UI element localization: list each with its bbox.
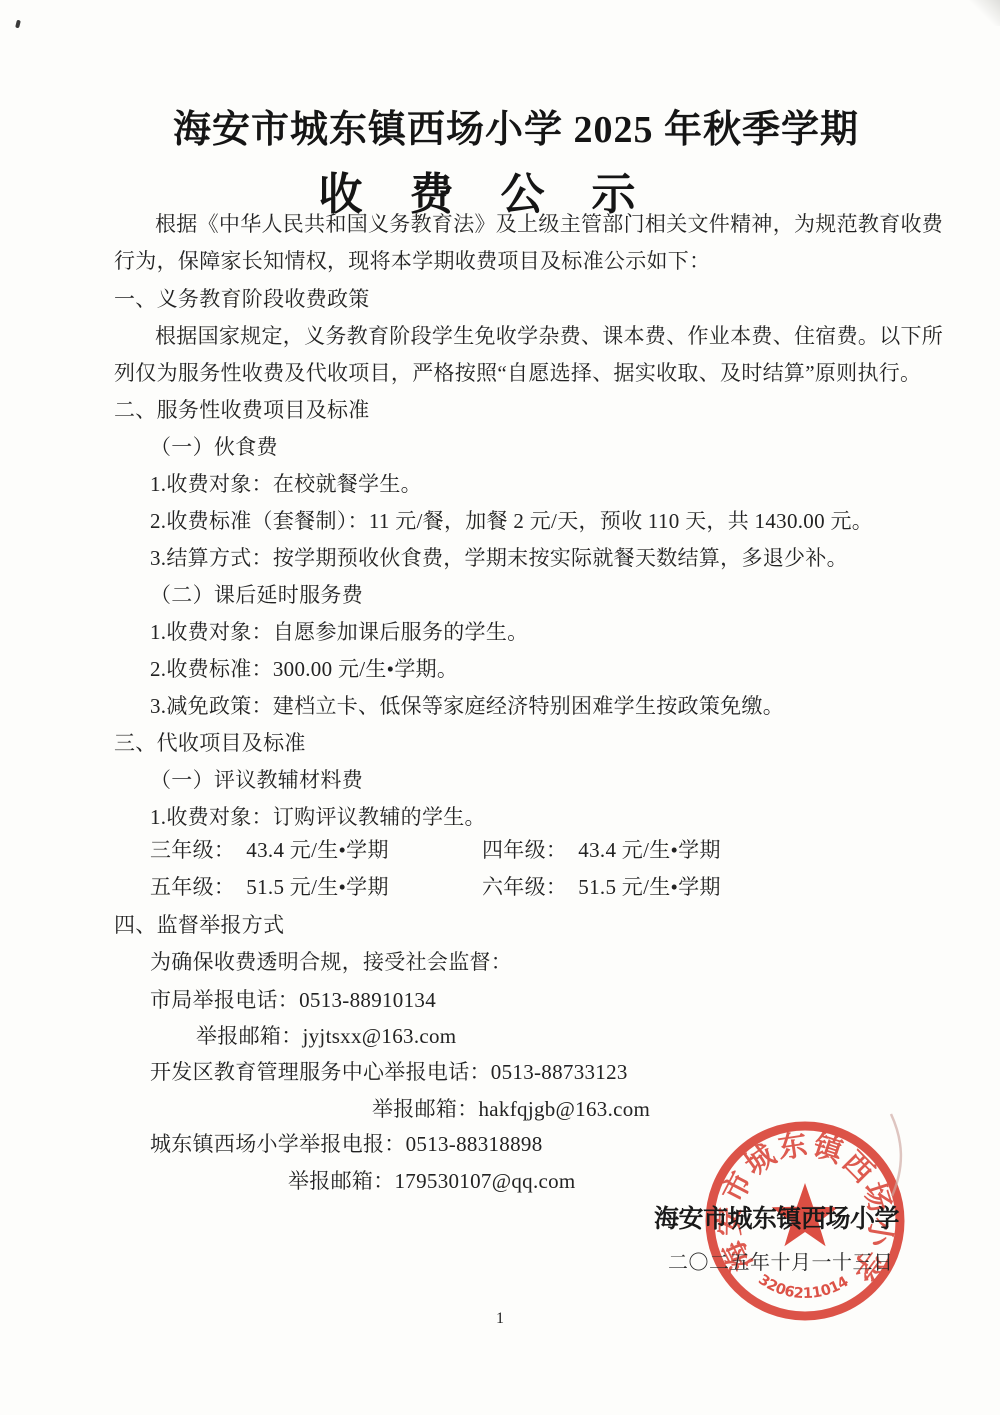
subsection-meal-fee-heading: （一）伙食费 xyxy=(150,433,278,461)
section-3-heading: 三、代收项目及标准 xyxy=(114,729,306,757)
bureau-hotline: 市局举报电话：0513-88910134 xyxy=(150,986,436,1014)
meal-fee-item-1: 1.收费对象：在校就餐学生。 xyxy=(150,470,422,498)
section-1-heading: 一、义务教育阶段收费政策 xyxy=(114,285,370,313)
devzone-hotline: 开发区教育管理服务中心举报电话：0513-88733123 xyxy=(150,1058,628,1086)
document-title-line1: 海安市城东镇西场小学 2025 年秋季学期 xyxy=(16,98,1000,153)
grade-6-fee: 六年级： 51.5 元/生•学期 xyxy=(482,873,721,901)
subsection-afterschool-heading: （二）课后延时服务费 xyxy=(150,581,363,609)
section-1-body-line-2: 列仅为服务性收费及代收项目，严格按照“自愿选择、据实收取、及时结算”原则执行。 xyxy=(114,359,921,387)
devzone-email: 举报邮箱：hakfqjgb@163.com xyxy=(372,1095,650,1123)
materials-item-1: 1.收费对象：订购评议教辅的学生。 xyxy=(150,803,486,831)
grade-5-fee: 五年级： 51.5 元/生•学期 xyxy=(150,873,389,901)
meal-fee-item-3: 3.结算方式：按学期预收伙食费，学期末按实际就餐天数结算，多退少补。 xyxy=(150,544,848,572)
grade-3-fee: 三年级： 43.4 元/生•学期 xyxy=(150,836,389,864)
intro-line-1: 根据《中华人民共和国义务教育法》及上级主管部门相关文件精神，为规范教育收费 xyxy=(155,210,943,238)
intro-line-2: 行为，保障家长知情权，现将本学期收费项目及标准公示如下： xyxy=(114,247,710,275)
section-2-heading: 二、服务性收费项目及标准 xyxy=(114,396,370,424)
signature-school-name: 海安市城东镇西场小学 xyxy=(654,1199,899,1235)
subsection-materials-heading: （一）评议教辅材料费 xyxy=(150,766,363,794)
afterschool-item-3: 3.减免政策：建档立卡、低保等家庭经济特别困难学生按政策免缴。 xyxy=(150,692,784,720)
page-corner-shadow xyxy=(968,0,1000,26)
meal-fee-item-2: 2.收费标准（套餐制）：11 元/餐，加餐 2 元/天，预收 110 天，共 1… xyxy=(150,507,873,535)
afterschool-item-1: 1.收费对象：自愿参加课后服务的学生。 xyxy=(150,618,528,646)
section-4-heading: 四、监督举报方式 xyxy=(114,911,284,939)
bureau-email: 举报邮箱：jyjtsxx@163.com xyxy=(196,1022,456,1050)
afterschool-item-2: 2.收费标准：300.00 元/生•学期。 xyxy=(150,655,458,683)
school-email: 举报邮箱：179530107@qq.com xyxy=(288,1167,576,1195)
school-hotline: 城东镇西场小学举报电报：0513-88318898 xyxy=(150,1130,543,1158)
scanned-document-page: 海安市城东镇西场小学 2025 年秋季学期 收 费 公 示 根据《中华人民共和国… xyxy=(0,0,1000,1415)
section-1-body-line-1: 根据国家规定，义务教育阶段学生免收学杂费、课本费、作业本费、住宿费。以下所 xyxy=(155,322,943,350)
supervision-intro: 为确保收费透明合规，接受社会监督： xyxy=(150,948,512,976)
grade-4-fee: 四年级： 43.4 元/生•学期 xyxy=(482,836,721,864)
signature-date: 二〇二五年十月一十三日 xyxy=(668,1246,894,1275)
scan-speck xyxy=(15,20,21,29)
